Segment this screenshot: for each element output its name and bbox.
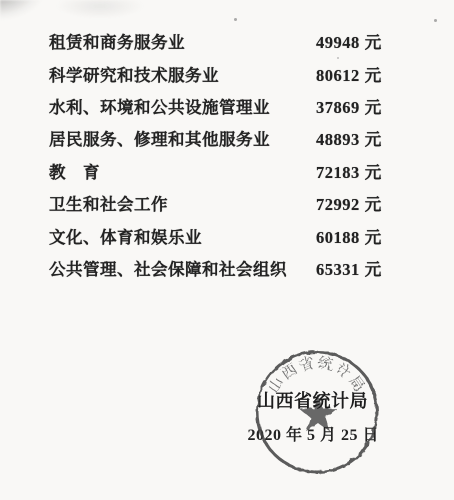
seal-arc-text: 山西省统计局 [265,354,369,396]
industry-salary-list: 租赁和商务服务业 49948元 科学研究和技术服务业 80612元 水利、环境和… [0,25,454,284]
industry-label: 科学研究和技术服务业 [49,62,219,86]
salary-unit: 元 [365,66,382,85]
salary-value: 80612 [316,66,360,85]
industry-row: 水利、环境和公共设施管理业 37869元 [0,90,454,122]
salary-value-wrap: 65331元 [316,256,382,280]
issue-date: 2020 年 5 月 25 日 [247,425,379,444]
salary-unit: 元 [365,163,382,182]
industry-label: 教 育 [49,159,100,183]
industry-label: 文化、体育和娱乐业 [49,224,202,248]
seal-circle [257,352,377,472]
salary-unit: 元 [365,228,382,247]
industry-label: 居民服务、修理和其他服务业 [49,126,270,150]
industry-label: 租赁和商务服务业 [49,29,185,53]
industry-row: 科学研究和技术服务业 80612元 [0,57,454,89]
salary-unit: 元 [365,195,382,214]
star-icon [299,395,337,431]
salary-unit: 元 [365,98,382,117]
salary-value: 37869 [316,98,360,117]
industry-row: 公共管理、社会保障和社会组织 65331元 [0,252,454,284]
salary-value-wrap: 49948元 [316,29,382,53]
salary-unit: 元 [365,33,382,52]
salary-value: 72183 [316,163,360,182]
salary-value: 49948 [316,33,360,52]
agency-name: 山西省统计局 [257,390,368,411]
industry-row: 文化、体育和娱乐业 60188元 [0,219,454,251]
industry-row: 教 育 72183元 [0,155,454,187]
salary-value-wrap: 80612元 [316,62,382,86]
salary-unit: 元 [365,260,382,279]
industry-label: 公共管理、社会保障和社会组织 [49,256,287,280]
industry-row: 居民服务、修理和其他服务业 48893元 [0,122,454,154]
industry-label: 水利、环境和公共设施管理业 [49,94,270,118]
salary-value-wrap: 37869元 [316,94,382,118]
industry-row: 卫生和社会工作 72992元 [0,187,454,219]
salary-value: 65331 [316,260,360,279]
salary-value-wrap: 72183元 [316,159,382,183]
salary-value-wrap: 60188元 [316,224,382,248]
scanned-document-page: 租赁和商务服务业 49948元 科学研究和技术服务业 80612元 水利、环境和… [0,0,454,500]
scan-speck-artifact [234,18,237,21]
industry-row: 租赁和商务服务业 49948元 [0,25,454,57]
salary-value: 72992 [316,195,360,214]
scan-speck-artifact [434,19,437,22]
industry-label: 卫生和社会工作 [49,191,168,215]
salary-value: 48893 [316,130,360,149]
salary-unit: 元 [365,130,382,149]
salary-value: 60188 [316,228,360,247]
salary-value-wrap: 48893元 [316,126,382,150]
salary-value-wrap: 72992元 [316,191,382,215]
